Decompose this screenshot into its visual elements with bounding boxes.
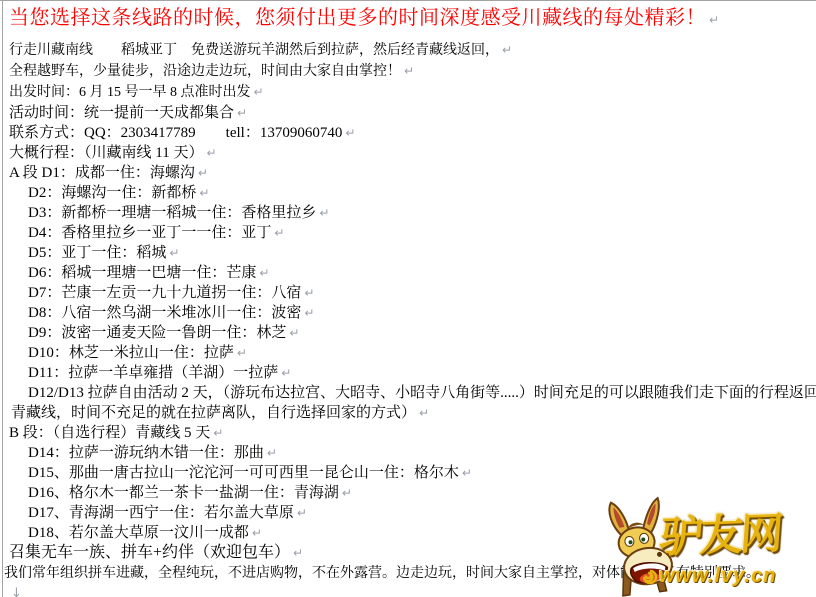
itinerary-day-d7: D7：芒康一左贡一九十九道拐一住：八宿↵ bbox=[9, 283, 809, 303]
paragraph-mark: ↵ bbox=[416, 406, 429, 420]
itinerary-day-d10: D10：林芝一米拉山一住：拉萨↵ bbox=[9, 343, 809, 363]
paragraph-mark: ↵ bbox=[256, 266, 269, 280]
page-title-text: 当您选择这条线路的时候，您须付出更多的时间深度感受川藏线的每处精彩！ bbox=[9, 7, 706, 29]
paragraph-mark: ↵ bbox=[196, 186, 209, 200]
itinerary-day-d2: D2：海螺沟一住：新都桥↵ bbox=[9, 183, 809, 203]
paragraph-mark: ↵ bbox=[706, 13, 720, 27]
itinerary-day-d11: D11：拉萨一羊卓雍措（羊湖）一拉萨↵ bbox=[9, 363, 809, 383]
document-content: 当您选择这条线路的时候，您须付出更多的时间深度感受川藏线的每处精彩！↵ 行走川藏… bbox=[9, 6, 809, 597]
paragraph-mark: ↵ bbox=[166, 246, 179, 260]
itinerary-day-d12-d13: D12/D13 拉萨自由活动 2 天，（游玩布达拉宫、大昭寺、小昭寺八角街等..… bbox=[9, 383, 809, 403]
paragraph-mark: ↵ bbox=[760, 566, 773, 580]
top-border bbox=[0, 0, 816, 1]
intro-line: 全程越野车，少量徒步，沿途边走边玩，时间由大家自由掌控！↵ bbox=[9, 61, 809, 82]
end-of-document-mark: ↓ bbox=[9, 584, 809, 597]
paragraph-mark: ↵ bbox=[499, 43, 512, 57]
paragraph-mark: ↵ bbox=[203, 146, 216, 160]
section-a-day1: A 段 D1：成都一住：海螺沟↵ bbox=[9, 163, 809, 183]
paragraph-mark: ↵ bbox=[264, 446, 277, 460]
itinerary-day-d14: D14：拉萨一游玩纳木错一住：那曲↵ bbox=[9, 443, 809, 463]
itinerary-day-d18: D18、若尔盖大草原一汶川一成都↵ bbox=[9, 523, 809, 543]
paragraph-mark: ↵ bbox=[271, 226, 284, 240]
footer-call-for-carpool: 召集无车一族、拼车+约伴（欢迎包车）↵ bbox=[9, 543, 809, 563]
paragraph-mark: ↵ bbox=[316, 206, 329, 220]
itinerary-day-d5: D5：亚丁一住：稻城↵ bbox=[9, 243, 809, 263]
paragraph-mark: ↵ bbox=[401, 64, 414, 78]
info-line-activity-time: 活动时间：统一提前一天成都集合↵ bbox=[9, 103, 809, 123]
paragraph-mark: ↵ bbox=[210, 426, 223, 440]
itinerary-day-d8: D8：八宿一然乌湖一米堆冰川一住：波密↵ bbox=[9, 303, 809, 323]
itinerary-day-d3: D3：新都桥一理塘一稻城一住：香格里拉乡↵ bbox=[9, 203, 809, 223]
footer-note: 我们常年组织拼车进藏，全程纯玩，不进店购物，不在外露营。边走边玩，时间大家自主掌… bbox=[4, 563, 809, 584]
section-b-header: B 段：（自选行程）青藏线 5 天↵ bbox=[9, 423, 809, 443]
intro-line: 出发时间：6 月 15 号一早 8 点准时出发↵ bbox=[9, 82, 809, 103]
itinerary-day-d16: D16、格尔木一都兰一茶卡一盐湖一住：青海湖↵ bbox=[9, 483, 809, 503]
paragraph-mark: ↵ bbox=[278, 366, 291, 380]
left-border bbox=[2, 0, 3, 597]
paragraph-mark: ↵ bbox=[339, 486, 352, 500]
paragraph-mark: ↵ bbox=[251, 85, 264, 99]
info-line-route-overview: 大概行程：（川藏南线 11 天）↵ bbox=[9, 143, 809, 163]
itinerary-day-d12-d13-continuation: 青藏线，时间不充足的就在拉萨离队，自行选择回家的方式）↵ bbox=[9, 403, 809, 423]
paragraph-mark: ↵ bbox=[286, 326, 299, 340]
paragraph-mark: ↵ bbox=[234, 346, 247, 360]
paragraph-mark: ↵ bbox=[234, 106, 247, 120]
paragraph-mark: ↵ bbox=[249, 526, 262, 540]
paragraph-mark: ↵ bbox=[301, 306, 314, 320]
itinerary-day-d9: D9：波密一通麦天险一鲁朗一住：林芝↵ bbox=[9, 323, 809, 343]
intro-line: 行走川藏南线 稻城亚丁 免费送游玩羊湖然后到拉萨，然后经青藏线返回，↵ bbox=[9, 40, 809, 61]
itinerary-day-d15: D15、那曲一唐古拉山一沱沱河一可可西里一昆仑山一住：格尔木↵ bbox=[9, 463, 809, 483]
itinerary-day-d6: D6：稻城一理塘一巴塘一住：芒康↵ bbox=[9, 263, 809, 283]
document-page: 当您选择这条线路的时候，您须付出更多的时间深度感受川藏线的每处精彩！↵ 行走川藏… bbox=[0, 0, 816, 597]
paragraph-mark: ↵ bbox=[294, 506, 307, 520]
paragraph-mark: ↵ bbox=[290, 546, 303, 560]
itinerary-day-d17: D17、青海湖一西宁一住：若尔盖大草原↵ bbox=[9, 503, 809, 523]
paragraph-mark: ↵ bbox=[342, 126, 355, 140]
paragraph-mark: ↵ bbox=[459, 466, 472, 480]
info-line-contact: 联系方式：QQ：2303417789 tell：13709060740↵ bbox=[9, 123, 809, 143]
paragraph-mark: ↵ bbox=[195, 166, 208, 180]
itinerary-day-d4: D4：香格里拉乡一亚丁一一住：亚丁↵ bbox=[9, 223, 809, 243]
paragraph-mark: ↵ bbox=[301, 286, 314, 300]
page-title: 当您选择这条线路的时候，您须付出更多的时间深度感受川藏线的每处精彩！↵ bbox=[9, 6, 809, 32]
